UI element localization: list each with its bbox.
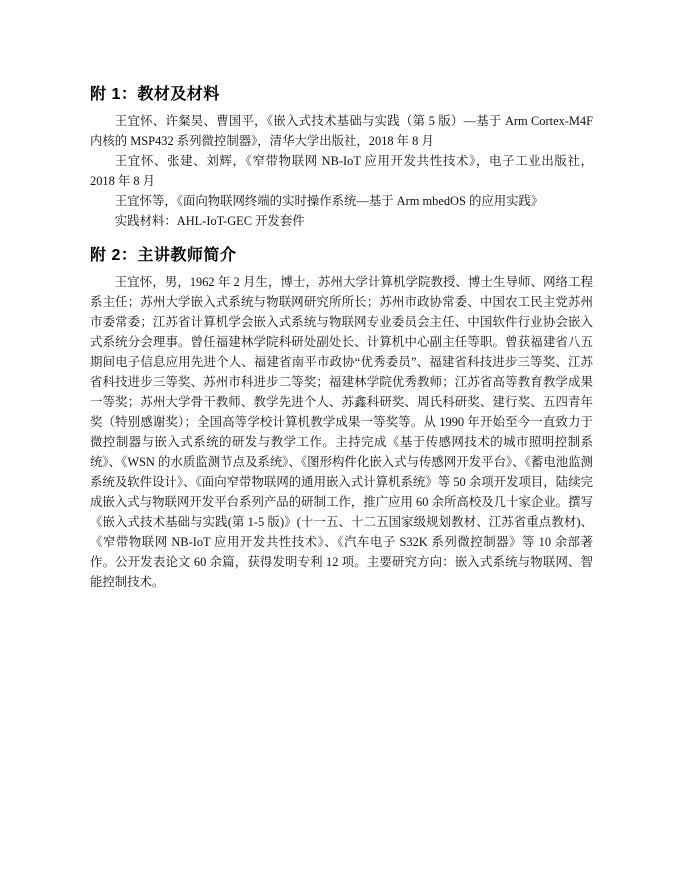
appendix-1-heading: 附 1：教材及材料 bbox=[90, 84, 593, 106]
appendix-1-paragraph-practice-material: 实践材料：AHL-IoT-GEC 开发套件 bbox=[90, 211, 593, 231]
appendix-1-paragraph-textbook-1: 王宜怀、许粲昊、曹国平，《嵌入式技术基础与实践（第 5 版）—基于 Arm Co… bbox=[90, 111, 593, 151]
appendix-1-paragraph-textbook-3: 王宜怀等，《面向物联网终端的实时操作系统—基于 Arm mbedOS 的应用实践… bbox=[90, 191, 593, 211]
document-content: 附 1：教材及材料 王宜怀、许粲昊、曹国平，《嵌入式技术基础与实践（第 5 版）… bbox=[90, 84, 593, 592]
section-appendix-1: 附 1：教材及材料 王宜怀、许粲昊、曹国平，《嵌入式技术基础与实践（第 5 版）… bbox=[90, 84, 593, 231]
section-appendix-2: 附 2：主讲教师简介 王宜怀，男，1962 年 2 月生，博士，苏州大学计算机学… bbox=[90, 245, 593, 592]
appendix-1-paragraph-textbook-2: 王宜怀、张建、刘辉，《窄带物联网 NB-IoT 应用开发共性技术》，电子工业出版… bbox=[90, 151, 593, 191]
document-page: 附 1：教材及材料 王宜怀、许粲昊、曹国平，《嵌入式技术基础与实践（第 5 版）… bbox=[0, 0, 680, 883]
appendix-2-paragraph-lecturer-bio: 王宜怀，男，1962 年 2 月生，博士，苏州大学计算机学院教授、博士生导师、网… bbox=[90, 272, 593, 592]
appendix-2-heading: 附 2：主讲教师简介 bbox=[90, 245, 593, 267]
